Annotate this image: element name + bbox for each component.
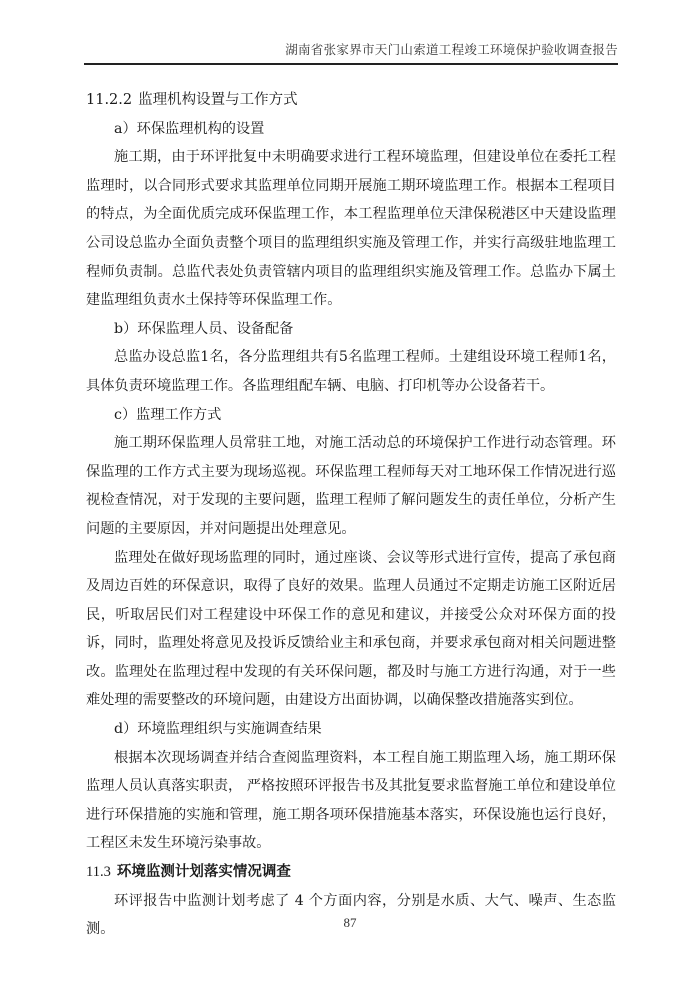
paragraph: 施工期环保监理人员常驻工地，对施工活动总的环境保护工作进行动态管理。环保监理的工… <box>86 429 616 543</box>
section-number: 11.2.2 <box>86 92 132 108</box>
page-content: 11.2.2监理机构设置与工作方式 a）环保监理机构的设置 施工期，由于环评批复… <box>86 86 616 944</box>
paragraph: 监理处在做好现场监理的同时，通过座谈、会议等形式进行宣传，提高了承包商及周边百姓… <box>86 544 616 716</box>
subheading-c: c）监理工作方式 <box>86 401 616 430</box>
section-title: 监理机构设置与工作方式 <box>138 92 298 108</box>
paragraph: 总监办设总监1名，各分监理组共有5名监理工程师。土建组设环境工程师1名，具体负责… <box>86 343 616 400</box>
header-divider <box>84 63 618 65</box>
paragraph: 施工期，由于环评批复中未明确要求进行工程环境监理，但建设单位在委托工程监理时，以… <box>86 143 616 315</box>
section-heading-11-2-2: 11.2.2监理机构设置与工作方式 <box>86 86 616 115</box>
report-title: 湖南省张家界市天门山索道工程竣工环境保护验收调查报告 <box>285 40 618 58</box>
subheading-a: a）环保监理机构的设置 <box>86 115 616 144</box>
page-number: 87 <box>0 915 700 931</box>
paragraph: 根据本次现场调查并结合查阅监理资料，本工程自施工期监理入场，施工期环保监理人员认… <box>86 744 616 858</box>
subheading-b: b）环保监理人员、设备配备 <box>86 315 616 344</box>
section-title: 环境监测计划落实情况调查 <box>117 864 291 880</box>
section-heading-11-3: 11.3环境监测计划落实情况调查 <box>86 858 616 887</box>
section-number: 11.3 <box>86 864 111 880</box>
subheading-d: d）环境监理组织与实施调查结果 <box>86 715 616 744</box>
